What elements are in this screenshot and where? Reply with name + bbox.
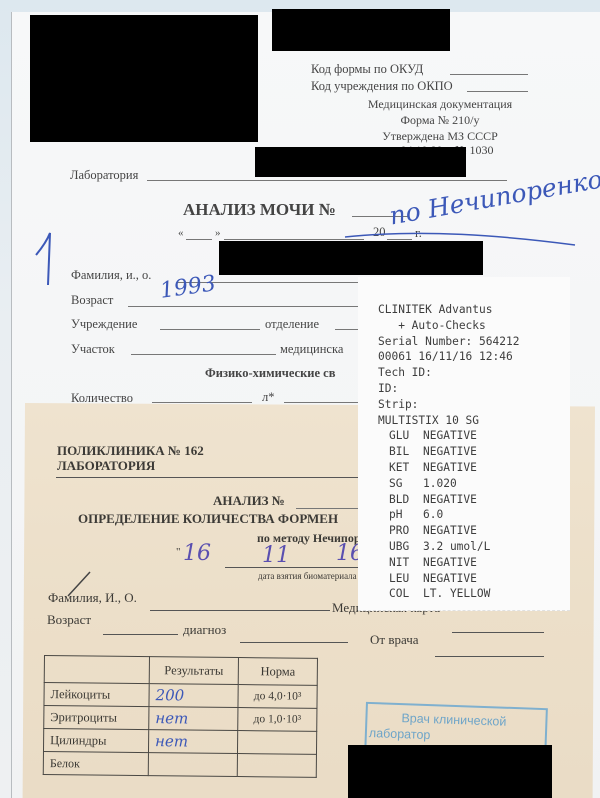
from-doctor-label: От врача	[370, 632, 419, 648]
laboratory-label: Лаборатория	[70, 168, 138, 183]
receipt-result-glu: GLUNEGATIVE	[389, 428, 477, 444]
clinic-name: ПОЛИКЛИНИКА № 162	[57, 443, 204, 459]
quantity-field	[152, 402, 252, 403]
receipt-result-bil: BILNEGATIVE	[389, 444, 477, 460]
row-result: нет	[149, 707, 238, 731]
form-number: Форма № 210/у	[340, 113, 540, 128]
receipt-result-col: COLLT. YELLOW	[389, 586, 490, 602]
approval-note: Утверждена МЗ СССР	[340, 129, 540, 144]
department-label: отделение	[265, 317, 319, 332]
result-code: BLD	[389, 492, 423, 508]
district-label: Участок	[71, 342, 115, 357]
quantity-unit: л*	[262, 390, 275, 405]
row-label: Белок	[43, 751, 148, 775]
receipt-result-ph: pH6.0	[389, 507, 443, 523]
stamp-line-2: лаборатор	[369, 726, 431, 742]
redaction-box	[348, 745, 552, 798]
date-field	[225, 567, 358, 568]
analysis-number-title: АНАЛИЗ №	[213, 493, 285, 509]
okud-label: Код формы по ОКУД	[311, 62, 423, 77]
receipt-result-bld: BLDNEGATIVE	[389, 492, 477, 508]
row-label: Цилиндры	[43, 729, 148, 753]
receipt-result-pro: PRONEGATIVE	[389, 523, 477, 539]
urine-analysis-title: АНАЛИЗ МОЧИ №	[183, 200, 336, 220]
diagnosis-label: диагноз	[183, 622, 226, 638]
result-value: NEGATIVE	[423, 572, 477, 585]
result-code: LEU	[389, 571, 423, 587]
row-norm: до 1,0·10³	[238, 708, 317, 732]
receipt-serial: Serial Number: 564212	[378, 334, 519, 350]
table-header-cell	[44, 656, 149, 684]
row-label: Эритроциты	[44, 706, 149, 730]
redaction-box	[30, 15, 258, 142]
clinitek-receipt: CLINITEK Advantus + Auto-Checks Serial N…	[358, 277, 570, 611]
date-open-quote: "	[176, 546, 181, 558]
row-norm	[237, 731, 316, 755]
receipt-result-sg: SG1.020	[389, 476, 457, 492]
handwritten-date-day: 16	[183, 541, 211, 566]
diagnosis-field	[240, 642, 348, 643]
receipt-strip: Strip:	[378, 397, 418, 413]
laboratory-field	[147, 180, 507, 181]
receipt-timestamp: 00061 16/11/16 12:46	[378, 349, 513, 365]
table-header-cell: Норма	[238, 658, 317, 686]
receipt-line: + Auto-Checks	[378, 318, 486, 334]
results-table: Результаты Норма Лейкоциты 200 до 4,0·10…	[43, 655, 318, 778]
receipt-result-nit: NITNEGATIVE	[389, 555, 477, 571]
result-value: NEGATIVE	[423, 493, 477, 506]
analysis-number-field	[296, 508, 358, 509]
institution-field	[160, 329, 260, 330]
row-result	[148, 753, 237, 777]
result-code: pH	[389, 507, 423, 523]
date-close-quote: »	[215, 227, 221, 239]
med-card-field	[452, 632, 544, 633]
result-value: 3.2 umol/L	[423, 540, 490, 553]
result-value: NEGATIVE	[423, 524, 477, 537]
row-norm: до 4,0·10³	[238, 685, 317, 709]
receipt-result-ubg: UBG3.2 umol/L	[389, 539, 490, 555]
determination-title: ОПРЕДЕЛЕНИЕ КОЛИЧЕСТВА ФОРМЕН	[78, 511, 338, 527]
receipt-tech-id: Tech ID:	[378, 365, 432, 381]
from-doctor-field	[435, 656, 544, 657]
age-field	[103, 634, 178, 635]
table-row: Белок	[43, 751, 316, 777]
table-row: Эритроциты нет до 1,0·10³	[44, 706, 317, 732]
result-code: UBG	[389, 539, 423, 555]
age-label: Возраст	[71, 293, 113, 308]
result-code: KET	[389, 460, 423, 476]
okpo-label: Код учреждения по ОКПО	[311, 79, 453, 94]
table-header-cell: Результаты	[149, 657, 238, 685]
table-row: Лейкоциты 200 до 4,0·10³	[44, 683, 317, 709]
date-open-quote: «	[178, 227, 184, 239]
receipt-result-ket: KETNEGATIVE	[389, 460, 477, 476]
stamp-line-1: Врач клинической	[401, 711, 506, 729]
result-value: 6.0	[423, 508, 443, 521]
result-value: NEGATIVE	[423, 429, 477, 442]
name-label: Фамилия, и., о.	[71, 268, 151, 283]
medical-label-partial: медицинска	[280, 342, 343, 357]
result-value: NEGATIVE	[423, 445, 477, 458]
physchem-section-title: Физико-химические св	[205, 366, 335, 381]
result-code: PRO	[389, 523, 423, 539]
district-field	[131, 354, 276, 355]
receipt-result-leu: LEUNEGATIVE	[389, 571, 477, 587]
table-row: Цилиндры нет	[43, 729, 316, 755]
receipt-strip-type: MULTISTIX 10 SG	[378, 413, 479, 429]
row-result: нет	[148, 730, 237, 754]
doc-type: Медицинская документация	[340, 97, 540, 112]
receipt-line: CLINITEK Advantus	[378, 302, 493, 318]
redaction-box	[255, 147, 466, 177]
date-day-field	[186, 239, 212, 240]
name-field	[150, 610, 330, 611]
handwritten-number-one	[28, 225, 68, 295]
table-header-row: Результаты Норма	[44, 656, 317, 686]
row-norm	[237, 754, 316, 778]
institution-label: Учреждение	[71, 317, 137, 332]
result-value: LT. YELLOW	[423, 587, 490, 600]
name-label: Фамилия, И., О.	[48, 590, 137, 606]
row-label: Лейкоциты	[44, 683, 149, 707]
result-code: BIL	[389, 444, 423, 460]
date-caption: дата взятия биоматериала	[258, 571, 357, 581]
header-divider	[56, 477, 376, 478]
result-value: NEGATIVE	[423, 461, 477, 474]
department-field	[335, 329, 358, 330]
redaction-box	[272, 9, 450, 51]
okpo-field	[467, 91, 528, 92]
redaction-box	[219, 241, 483, 275]
age-label: Возраст	[47, 612, 91, 628]
handwritten-date-month: 11	[262, 543, 290, 568]
result-code: NIT	[389, 555, 423, 571]
quantity-extra-field	[284, 402, 358, 403]
result-value: 1.020	[423, 477, 457, 490]
result-code: COL	[389, 586, 423, 602]
result-code: SG	[389, 476, 423, 492]
row-result: 200	[149, 684, 238, 708]
lab-name: ЛАБОРАТОРИЯ	[57, 458, 155, 474]
result-code: GLU	[389, 428, 423, 444]
okud-field	[450, 74, 528, 75]
result-value: NEGATIVE	[423, 556, 477, 569]
age-field	[128, 306, 358, 307]
receipt-id: ID:	[378, 381, 398, 397]
